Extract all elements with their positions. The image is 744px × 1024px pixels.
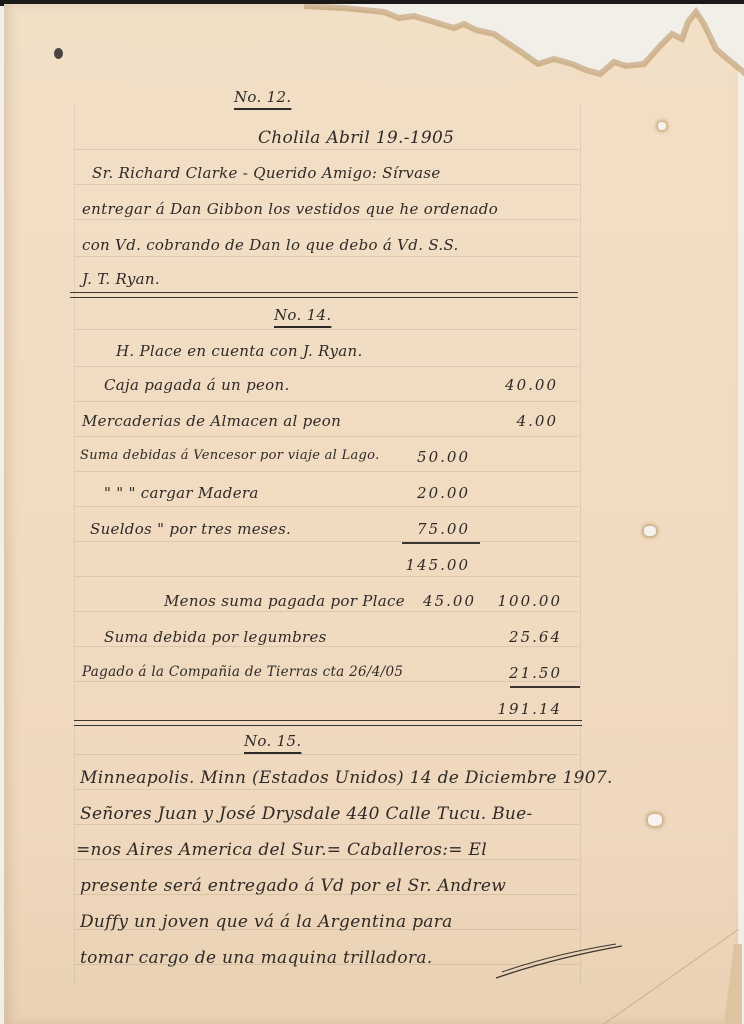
- paper-hole: [648, 814, 662, 826]
- ledger-item-desc: Menos suma pagada por Place: [164, 592, 405, 610]
- entry-separator: [70, 292, 578, 298]
- entry-15-heading: No. 15.: [244, 732, 301, 750]
- ledger-item-desc: Mercaderias de Almacen al peon: [82, 412, 341, 430]
- entry-12-line: entregar á Dan Gibbon los vestidos que h…: [82, 200, 498, 218]
- ledger-item-desc: Caja pagada á un peon.: [104, 376, 290, 394]
- ledger-item-amount: 4.00: [517, 412, 558, 430]
- entry-12-place-date: Cholila Abril 19.-1905: [258, 128, 454, 148]
- ledger-item-subamount: 50.00: [417, 448, 470, 466]
- ledger-item-subamount: 45.00: [423, 592, 476, 610]
- letter-line: =nos Aires America del Sur.= Caballeros:…: [76, 840, 487, 860]
- ledger-item-desc: Pagado á la Compañia de Tierras cta 26/4…: [82, 664, 403, 680]
- ledger-item-amount: 21.50: [509, 664, 562, 682]
- paper-hole: [644, 526, 656, 536]
- entry-14-heading: No. 14.: [274, 306, 331, 324]
- ledger-subtotal: 145.00: [406, 556, 471, 574]
- ledger-item-subamount: 75.00: [417, 520, 470, 538]
- burnt-torn-edge: [304, 4, 744, 84]
- ledger-total: 191.14: [498, 700, 563, 718]
- ledger-item-desc: Sueldos " por tres meses.: [90, 520, 291, 538]
- entry-12-line: con Vd. cobrando de Dan lo que debo á Vd…: [82, 236, 459, 254]
- letter-line: presente será entregado á Vd por el Sr. …: [80, 876, 506, 896]
- entry-12-heading: No. 12.: [234, 88, 291, 106]
- ledger-item-desc: " " " cargar Madera: [104, 484, 259, 502]
- paper-hole: [658, 122, 666, 130]
- subtotal-underline: [402, 542, 480, 544]
- ledger-item-amount: 100.00: [498, 592, 563, 610]
- punch-hole: [54, 48, 63, 59]
- total-underline: [510, 686, 580, 688]
- ledger-item-amount: 25.64: [509, 628, 562, 646]
- ledger-page: No. 12. Cholila Abril 19.-1905 Sr. Richa…: [4, 4, 738, 1024]
- letter-line: Minneapolis. Minn (Estados Unidos) 14 de…: [80, 768, 613, 788]
- folded-corner: [564, 924, 744, 1024]
- letter-line: tomar cargo de una maquina trilladora.: [80, 948, 433, 968]
- ledger-item-subamount: 20.00: [417, 484, 470, 502]
- entry-12-signature: J. T. Ryan.: [82, 270, 160, 288]
- letter-line: Duffy un joven que vá á la Argentina par…: [80, 912, 453, 932]
- entry-12-line: Sr. Richard Clarke - Querido Amigo: Sírv…: [92, 164, 441, 182]
- entry-separator: [74, 720, 582, 726]
- ledger-item-desc: Suma debida por legumbres: [104, 628, 327, 646]
- ledger-item-amount: 40.00: [505, 376, 558, 394]
- letter-line: Señores Juan y José Drysdale 440 Calle T…: [80, 804, 533, 824]
- account-title: H. Place en cuenta con J. Ryan.: [116, 342, 363, 360]
- ledger-item-desc: Suma debidas á Vencesor por viaje al Lag…: [80, 448, 380, 463]
